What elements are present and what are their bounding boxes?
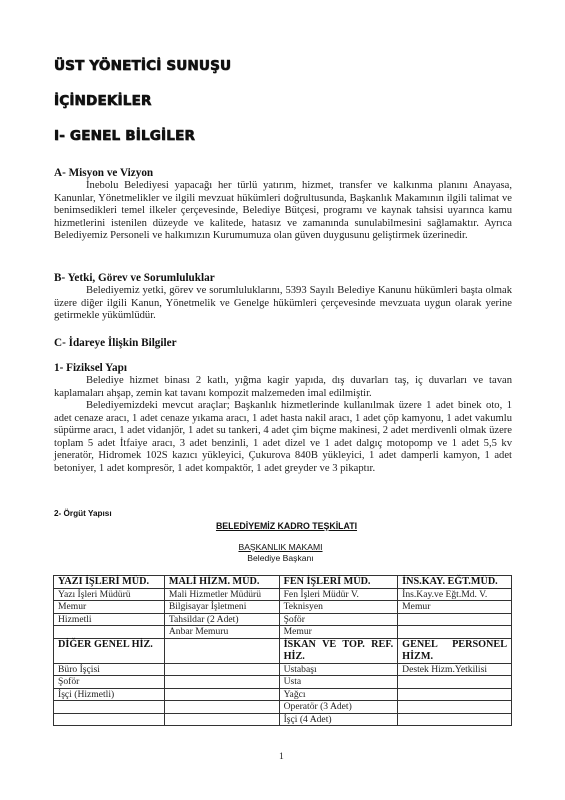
table-cell bbox=[164, 663, 279, 676]
table-cell bbox=[54, 701, 165, 714]
table-row: İşçi (Hizmetli)Yağcı bbox=[54, 688, 512, 701]
table-cell: Tahsildar (2 Adet) bbox=[164, 613, 279, 626]
table-cell bbox=[398, 613, 512, 626]
table-row: Büro İşçisiUstabaşıDestek Hizm.Yetkilisi bbox=[54, 663, 512, 676]
table-cell: İşçi (4 Adet) bbox=[279, 713, 398, 726]
table-cell: Ustabaşı bbox=[279, 663, 398, 676]
table-cell bbox=[54, 713, 165, 726]
table-cell: Memur bbox=[279, 626, 398, 639]
table-cell: Fen İşleri Müdür V. bbox=[279, 588, 398, 601]
table-cell bbox=[398, 688, 512, 701]
table-row: Anbar MemuruMemur bbox=[54, 626, 512, 639]
table-cell bbox=[398, 713, 512, 726]
table-cell: FEN İŞLERİ MÜD. bbox=[279, 576, 398, 589]
table-header-row: DİĞER GENEL HİZ.İSKAN VE TOP. REF. HİZ.G… bbox=[54, 638, 512, 663]
table-cell: Yazı İşleri Müdürü bbox=[54, 588, 165, 601]
table-cell: Memur bbox=[54, 601, 165, 614]
table-cell: Teknisyen bbox=[279, 601, 398, 614]
org-chart-title: BELEDİYEMİZ KADRO TEŞKİLATI bbox=[4, 521, 565, 531]
table-cell: YAZI İŞLERİ MÜD. bbox=[54, 576, 165, 589]
table-cell: İns.Kay.ve Eğt.Md. V. bbox=[398, 588, 512, 601]
table-cell: Yağcı bbox=[279, 688, 398, 701]
table-cell: GENEL PERSONEL HİZM. bbox=[398, 638, 512, 663]
table-row: Operatör (3 Adet) bbox=[54, 701, 512, 714]
authority-paragraph: Belediyemiz yetki, görev ve sorumlulukla… bbox=[54, 285, 512, 323]
table-cell bbox=[164, 638, 279, 663]
table-row: Yazı İşleri MüdürüMali Hizmetler MüdürüF… bbox=[54, 588, 512, 601]
table-cell bbox=[164, 688, 279, 701]
mission-title: A- Misyon ve Vizyon bbox=[54, 167, 153, 179]
table-cell: Mali Hizmetler Müdürü bbox=[164, 588, 279, 601]
mission-text: İnebolu Belediyesi yapacağı her türlü ya… bbox=[54, 180, 512, 241]
physical-paragraph-2: Belediyemizdeki mevcut araçlar; Başkanlı… bbox=[54, 400, 512, 475]
table-cell bbox=[164, 701, 279, 714]
table-cell: MALİ HİZM. MÜD. bbox=[164, 576, 279, 589]
table-row: MemurBilgisayar İşletmeniTeknisyenMemur bbox=[54, 601, 512, 614]
table-cell bbox=[398, 626, 512, 639]
table-cell: Şoför bbox=[279, 613, 398, 626]
table-cell bbox=[398, 701, 512, 714]
table-cell: Şoför bbox=[54, 676, 165, 689]
table-row: HizmetliTahsildar (2 Adet)Şoför bbox=[54, 613, 512, 626]
table-header-row: YAZI İŞLERİ MÜD.MALİ HİZM. MÜD.FEN İŞLER… bbox=[54, 576, 512, 589]
table-cell: Bilgisayar İşletmeni bbox=[164, 601, 279, 614]
physical-text-1: Belediye hizmet binası 2 katlı, yığma ka… bbox=[54, 375, 512, 399]
document-page: ÜST YÖNETİCİ SUNUŞU İÇİNDEKİLER I- GENEL… bbox=[0, 0, 565, 800]
table-cell: Operatör (3 Adet) bbox=[279, 701, 398, 714]
table-row: ŞoförUsta bbox=[54, 676, 512, 689]
main-title: ÜST YÖNETİCİ SUNUŞU bbox=[54, 58, 231, 74]
table-cell: Usta bbox=[279, 676, 398, 689]
table-cell: DİĞER GENEL HİZ. bbox=[54, 638, 165, 663]
staff-table: YAZI İŞLERİ MÜD.MALİ HİZM. MÜD.FEN İŞLER… bbox=[53, 575, 512, 726]
top-role: Belediye Başkanı bbox=[0, 553, 563, 563]
mission-paragraph: İnebolu Belediyesi yapacağı her türlü ya… bbox=[54, 180, 512, 243]
table-cell bbox=[164, 713, 279, 726]
table-cell: Büro İşçisi bbox=[54, 663, 165, 676]
table-cell: İSKAN VE TOP. REF. HİZ. bbox=[279, 638, 398, 663]
physical-text-2: Belediyemizdeki mevcut araçlar; Başkanlı… bbox=[54, 400, 512, 474]
physical-paragraph-1: Belediye hizmet binası 2 katlı, yığma ka… bbox=[54, 375, 512, 400]
authority-text: Belediyemiz yetki, görev ve sorumlulukla… bbox=[54, 285, 512, 321]
contents-heading: İÇİNDEKİLER bbox=[54, 93, 152, 109]
page-number: 1 bbox=[279, 752, 284, 762]
admin-info-title: C- İdareye İlişkin Bilgiler bbox=[54, 337, 177, 349]
org-structure-title: 2- Örgüt Yapısı bbox=[54, 509, 112, 518]
table-cell bbox=[164, 676, 279, 689]
table-cell: Memur bbox=[398, 601, 512, 614]
physical-structure-title: 1- Fiziksel Yapı bbox=[54, 362, 127, 374]
table-cell: Hizmetli bbox=[54, 613, 165, 626]
table-row: İşçi (4 Adet) bbox=[54, 713, 512, 726]
section-heading-general-info: I- GENEL BİLGİLER bbox=[54, 128, 195, 144]
table-cell: Anbar Memuru bbox=[164, 626, 279, 639]
authority-title: B- Yetki, Görev ve Sorumluluklar bbox=[54, 272, 215, 284]
top-unit: BAŞKANLIK MAKAMI bbox=[0, 542, 563, 552]
table-cell: İNS.KAY. EĞT.MÜD. bbox=[398, 576, 512, 589]
table-cell: İşçi (Hizmetli) bbox=[54, 688, 165, 701]
table-cell: Destek Hizm.Yetkilisi bbox=[398, 663, 512, 676]
table-cell bbox=[398, 676, 512, 689]
table-cell bbox=[54, 626, 165, 639]
